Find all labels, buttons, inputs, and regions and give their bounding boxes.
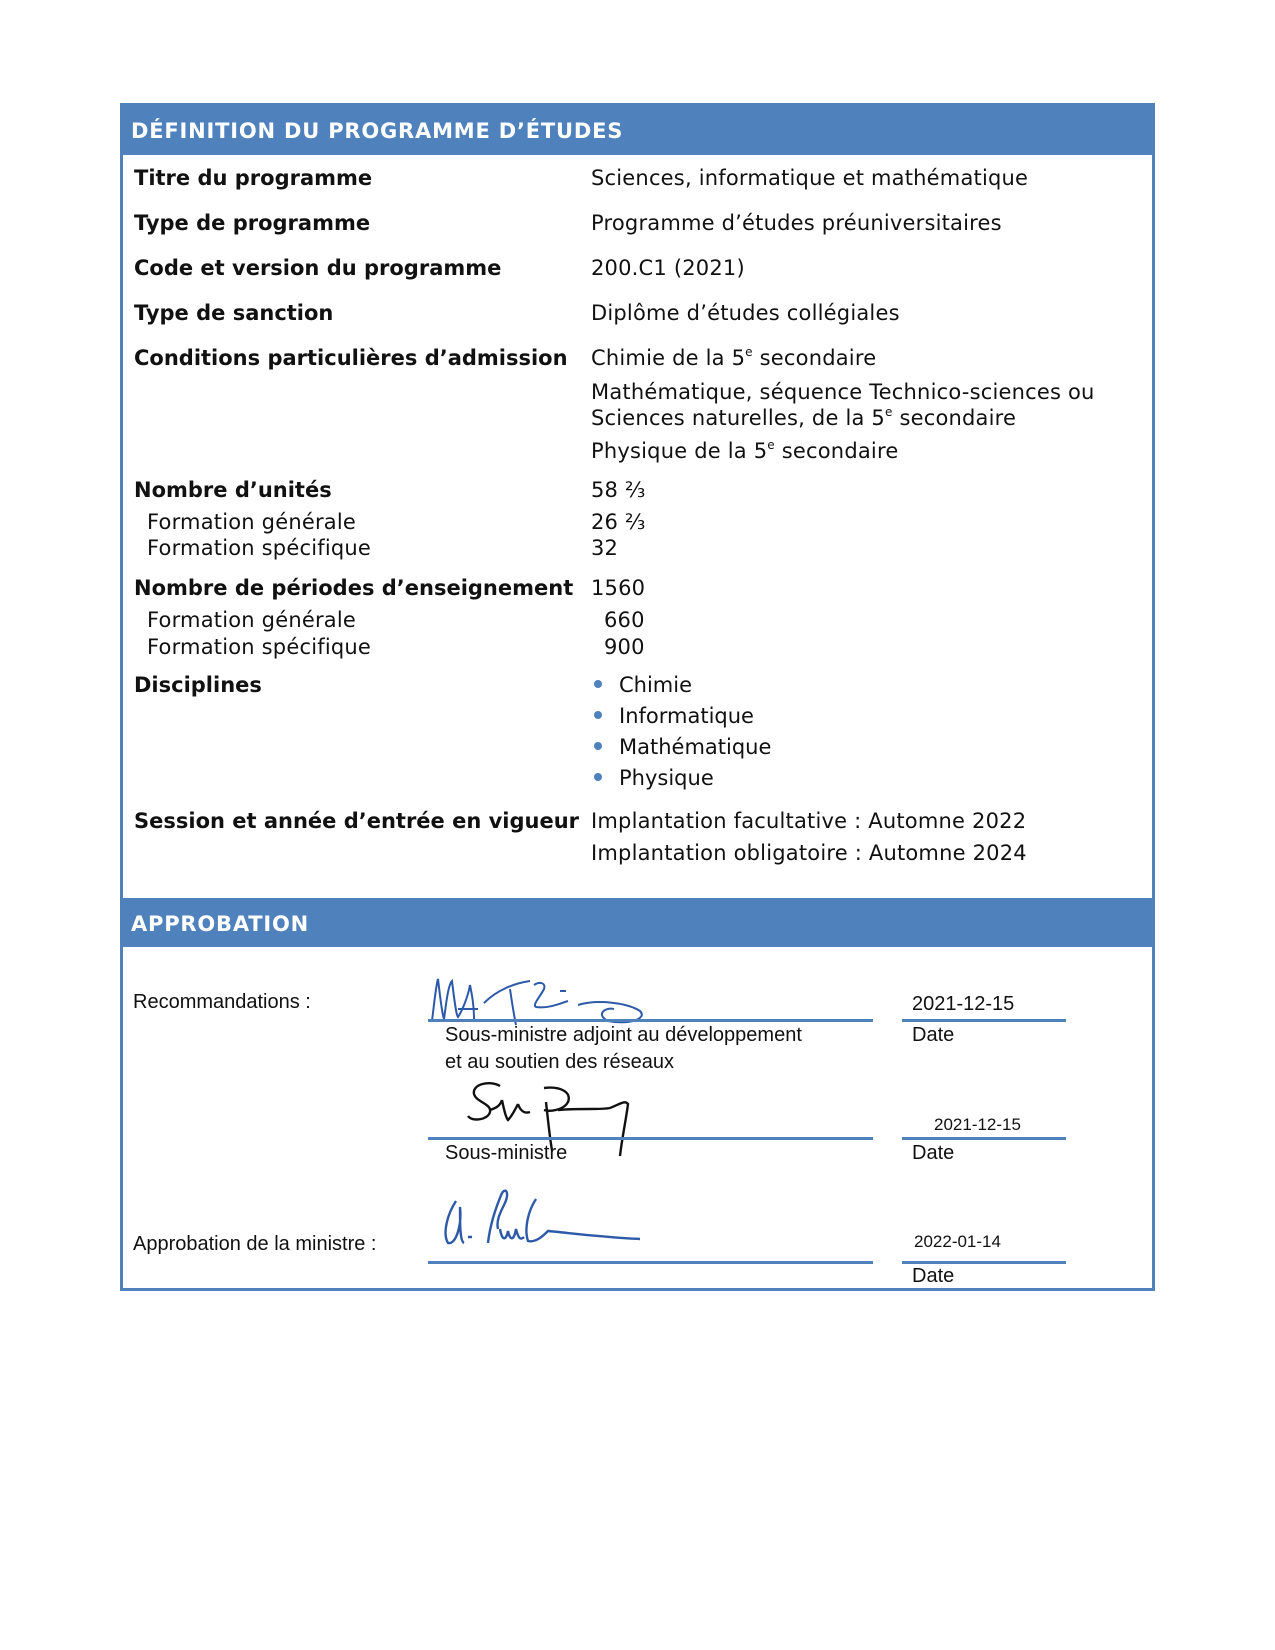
periodes-generale-value: 660 — [604, 608, 645, 632]
bullet-icon — [594, 742, 602, 750]
sig1-date-label: Date — [912, 1024, 954, 1047]
unites-label: Nombre d’unités — [134, 478, 332, 502]
periodes-generale-label: Formation générale — [147, 608, 356, 632]
sanction-label: Type de sanction — [134, 301, 333, 325]
periodes-value: 1560 — [591, 576, 645, 600]
ministre-date-label: Date — [912, 1265, 954, 1288]
date-line-ministre — [902, 1261, 1066, 1264]
periodes-specifique-label: Formation spécifique — [147, 635, 371, 659]
definition-section-header: DÉFINITION DU PROGRAMME D’ÉTUDES — [120, 103, 1155, 155]
bullet-icon — [594, 680, 602, 688]
bullet-icon — [594, 711, 602, 719]
discipline-item: Mathématique — [591, 735, 771, 759]
session-obligatoire: Implantation obligatoire : Automne 2024 — [591, 841, 1027, 865]
unites-specifique-label: Formation spécifique — [147, 536, 371, 560]
admission-condition-math-line1: Mathématique, séquence Technico-sciences… — [591, 380, 1095, 404]
titre-value: Sciences, informatique et mathématique — [591, 166, 1028, 190]
unites-value: 58 ⅔ — [591, 478, 646, 502]
sig1-date: 2021-12-15 — [912, 993, 1014, 1016]
bullet-icon — [594, 773, 602, 781]
ministre-label: Approbation de la ministre : — [133, 1233, 376, 1256]
disciplines-label: Disciplines — [134, 673, 262, 697]
periodes-label: Nombre de périodes d’enseignement — [134, 576, 573, 600]
unites-generale-label: Formation générale — [147, 510, 356, 534]
session-label: Session et année d’entrée en vigueur — [134, 809, 579, 833]
type-value: Programme d’études préuniversitaires — [591, 211, 1002, 235]
sig1-title-line2: et au soutien des réseaux — [445, 1051, 674, 1074]
signature-line-ministre — [428, 1261, 873, 1264]
titre-label: Titre du programme — [134, 166, 372, 190]
session-facultative: Implantation facultative : Automne 2022 — [591, 809, 1026, 833]
admission-condition-physique: Physique de la 5e secondaire — [591, 439, 898, 463]
signature-line-1 — [428, 1019, 873, 1022]
approbation-section-header: APPROBATION — [120, 898, 1155, 947]
sanction-value: Diplôme d’études collégiales — [591, 301, 900, 325]
sig2-date: 2021-12-15 — [934, 1115, 1021, 1135]
sig2-title: Sous-ministre — [445, 1142, 567, 1165]
discipline-item: Chimie — [591, 673, 692, 697]
sig1-title-line1: Sous-ministre adjoint au développement — [445, 1024, 802, 1047]
admission-condition-chimie: Chimie de la 5e secondaire — [591, 346, 876, 370]
periodes-specifique-value: 900 — [604, 635, 645, 659]
signature-ministre — [440, 1185, 670, 1255]
code-value: 200.C1 (2021) — [591, 256, 745, 280]
date-line-1 — [902, 1019, 1066, 1022]
admission-label: Conditions particulières d’admission — [134, 346, 568, 370]
recommandations-label: Recommandations : — [133, 991, 311, 1014]
admission-condition-math-line2: Sciences naturelles, de la 5e secondaire — [591, 406, 1016, 430]
unites-specifique-value: 32 — [591, 536, 618, 560]
ministre-date: 2022-01-14 — [914, 1232, 1001, 1252]
discipline-item: Physique — [591, 766, 714, 790]
unites-generale-value: 26 ⅔ — [591, 510, 646, 534]
sig2-date-label: Date — [912, 1142, 954, 1165]
signature-line-2 — [428, 1137, 873, 1140]
date-line-2 — [902, 1137, 1066, 1140]
discipline-item: Informatique — [591, 704, 754, 728]
type-label: Type de programme — [134, 211, 370, 235]
code-label: Code et version du programme — [134, 256, 501, 280]
